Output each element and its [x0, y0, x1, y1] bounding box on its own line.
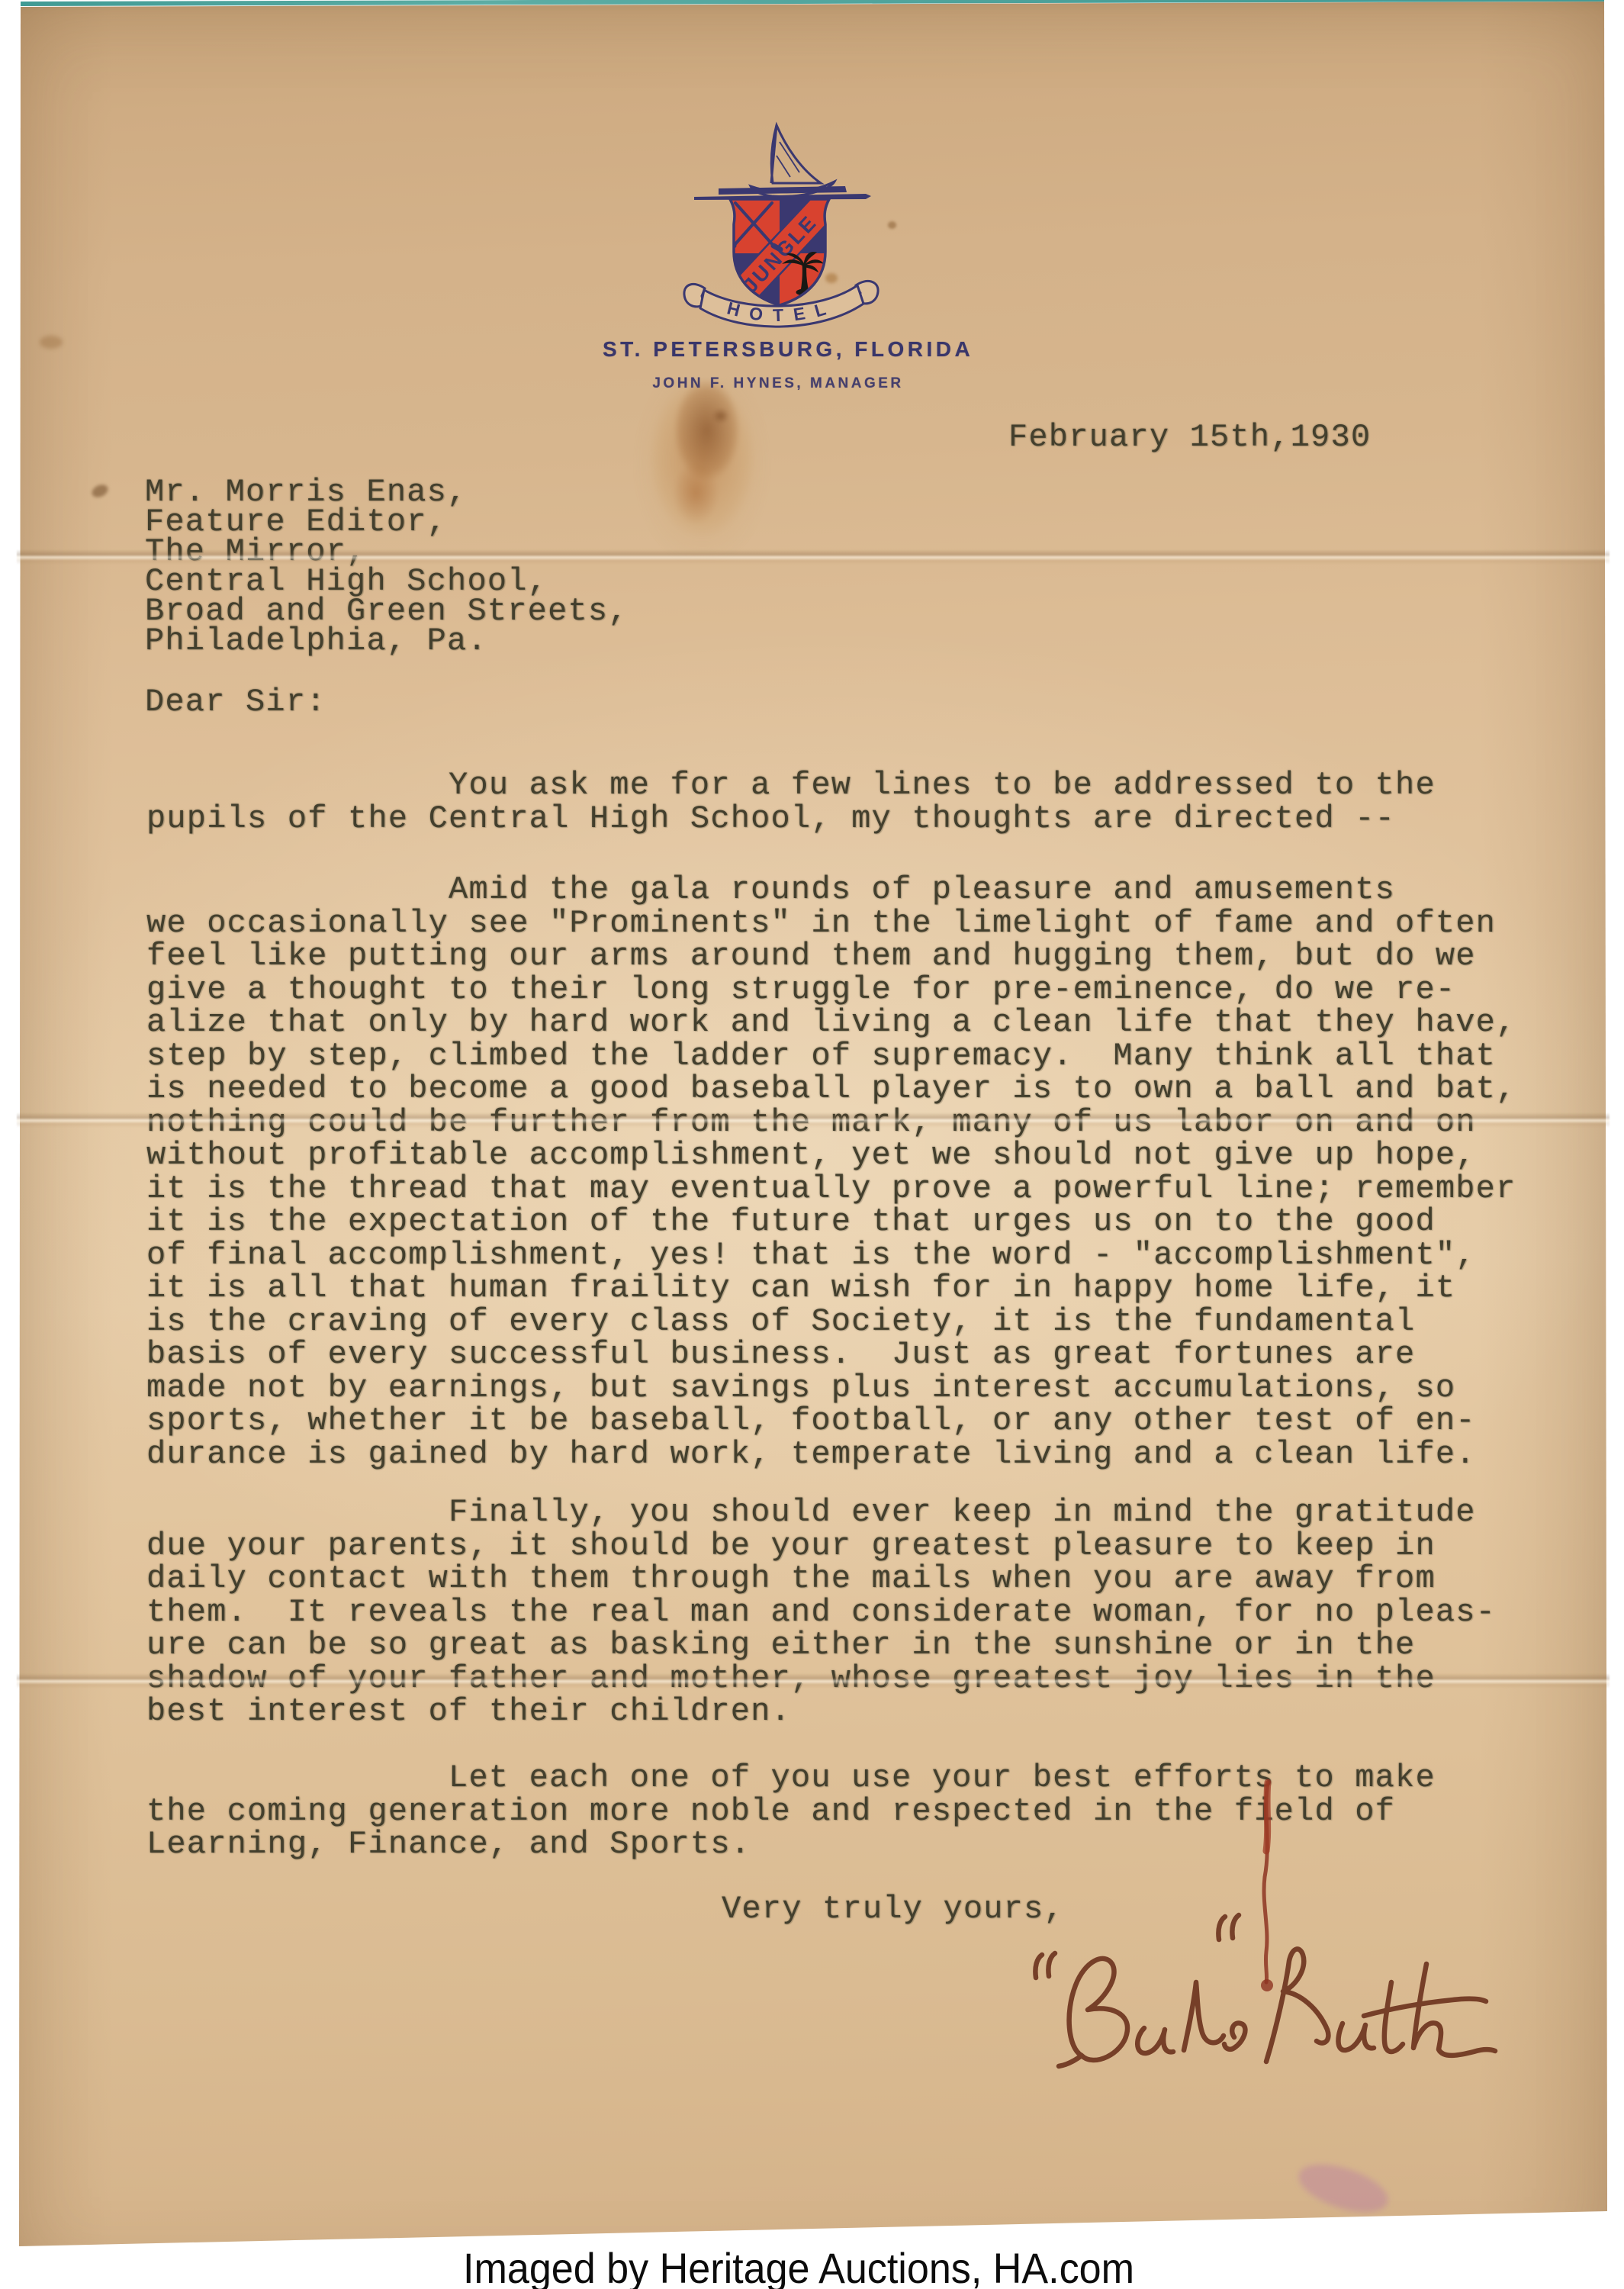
- paragraph: You ask me for a few lines to be address…: [146, 769, 1436, 835]
- salutation: Dear Sir:: [145, 686, 326, 720]
- paragraph: Amid the gala rounds of pleasure and amu…: [146, 874, 1516, 1471]
- ink-drip: [1249, 1778, 1295, 1999]
- paragraph: Finally, you should ever keep in mind th…: [146, 1496, 1496, 1729]
- auction-caption: Imaged by Heritage Auctions, HA.com: [463, 2243, 1134, 2289]
- recipient-address: Mr. Morris Enas, Feature Editor, The Mir…: [145, 478, 629, 656]
- letterhead-location: St. Petersburg, Florida: [603, 337, 953, 362]
- jungle-hotel-crest: JUNGLE HOTEL: [679, 113, 885, 338]
- fold-crease: [17, 1673, 1610, 1689]
- fold-crease: [17, 1112, 1610, 1128]
- paragraph: Let each one of you use your best effort…: [146, 1762, 1436, 1862]
- letter-date: February 15th,1930: [1008, 421, 1371, 455]
- letterhead-manager: John F. Hynes, Manager: [603, 375, 953, 392]
- scanned-letter: JUNGLE HOTEL: [0, 0, 1624, 2289]
- fold-crease: [17, 549, 1610, 565]
- sailboat-icon: [751, 125, 835, 197]
- closing: Very truly yours,: [722, 1893, 1064, 1927]
